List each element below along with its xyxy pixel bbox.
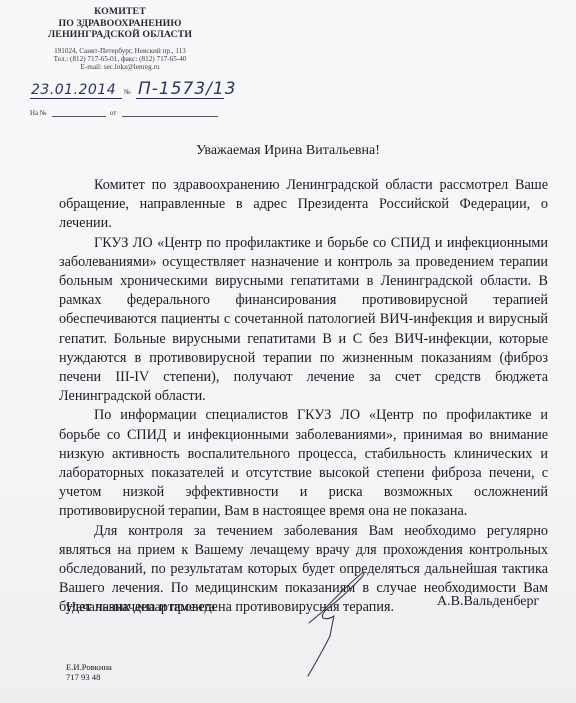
org-email: E-mail: sec.lokz@lenreg.ru — [30, 63, 210, 71]
salutation: Уважаемая Ирина Витальевна! — [0, 143, 576, 159]
letter-page: КОМИТЕТ ПО ЗДРАВООХРАНЕНИЮ ЛЕНИНГРАДСКОЙ… — [0, 0, 576, 703]
paragraph: Комитет по здравоохранению Ленинградской… — [59, 176, 548, 234]
registration-line: 23.01.2014 № П-1573/13 — [30, 78, 230, 100]
number-underline — [136, 98, 224, 99]
letterhead: КОМИТЕТ ПО ЗДРАВООХРАНЕНИЮ ЛЕНИНГРАДСКОЙ… — [30, 6, 210, 72]
paragraph: ГКУЗ ЛО «Центр по профилактике и борьбе … — [59, 234, 548, 407]
org-name-line-3: ЛЕНИНГРАДСКОЙ ОБЛАСТИ — [30, 29, 210, 41]
reference-number-blank — [52, 116, 106, 117]
executor-info: Е.И.Ровкина 717 93 48 — [66, 662, 112, 682]
signatory-name: А.В.Вальденберг — [437, 594, 539, 610]
org-phone: Тел.: (812) 717-65-01, факс: (812) 717-6… — [30, 55, 210, 63]
org-address: 191024, Санкт-Петербург, Невский пр., 11… — [30, 47, 210, 55]
org-name-line-2: ПО ЗДРАВООХРАНЕНИЮ — [30, 18, 210, 30]
date-underline — [30, 98, 122, 99]
org-name-line-1: КОМИТЕТ — [30, 6, 210, 18]
executor-phone: 717 93 48 — [66, 672, 112, 682]
letter-body: Комитет по здравоохранению Ленинградской… — [59, 176, 548, 618]
executor-name: Е.И.Ровкина — [66, 662, 112, 672]
registration-date: 23.01.2014 — [31, 82, 116, 98]
number-label: № — [124, 88, 131, 96]
reference-date-blank — [122, 116, 218, 117]
paragraph: По информации специалистов ГКУЗ ЛО «Цент… — [59, 406, 548, 521]
reference-line: На № от — [30, 108, 230, 120]
handwritten-signature-icon — [290, 570, 370, 680]
reference-number-label: На № — [30, 109, 47, 117]
registration-number: П-1573/13 — [138, 79, 237, 99]
signatory-title: Начальник департамента — [66, 600, 215, 616]
reference-from-label: от — [110, 109, 116, 117]
